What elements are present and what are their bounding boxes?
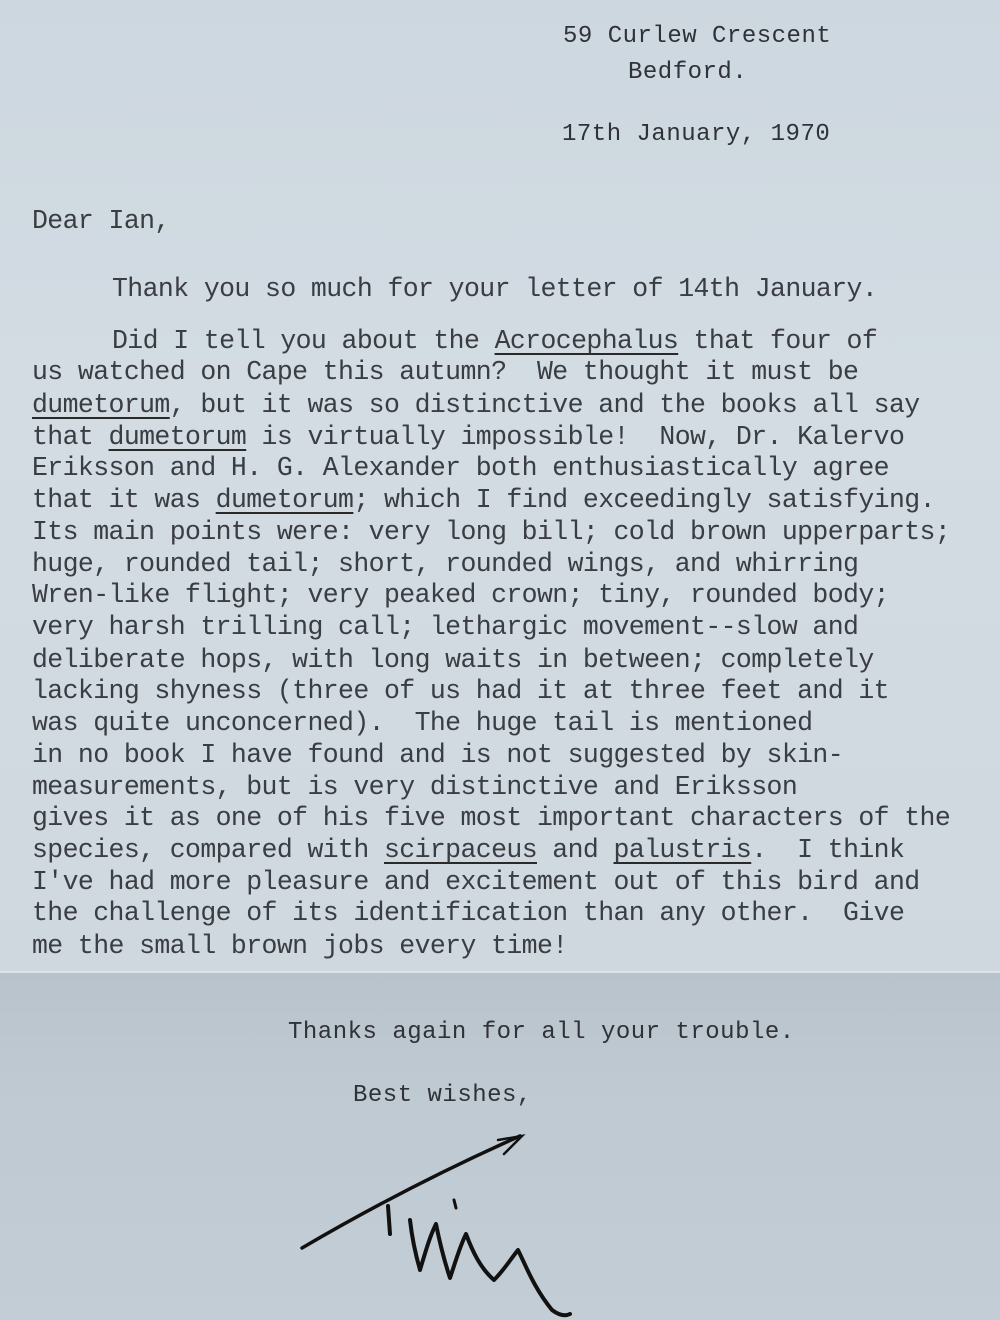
body-line: Did I tell you about the Acrocephalus th… bbox=[112, 326, 877, 356]
body-line: Its main points were: very long bill; co… bbox=[32, 517, 950, 547]
valediction: Best wishes, bbox=[353, 1081, 532, 1111]
body-text: that four of bbox=[678, 326, 877, 356]
body-line: Eriksson and H. G. Alexander both enthus… bbox=[32, 453, 889, 483]
body-line: I've had more pleasure and excitement ou… bbox=[32, 867, 920, 897]
letter-date: 17th January, 1970 bbox=[562, 120, 830, 150]
underlined-species-name: scirpaceus bbox=[384, 835, 537, 865]
underlined-species-name: dumetorum bbox=[216, 485, 354, 515]
body-text: and bbox=[537, 835, 614, 865]
handwritten-signature: Tim bbox=[290, 1110, 620, 1320]
underlined-species-name: dumetorum bbox=[32, 390, 170, 420]
body-text: Did I tell you about the bbox=[112, 326, 495, 356]
body-text: ; which I find exceedingly satisfying. bbox=[353, 485, 935, 515]
body-line: Wren-like flight; very peaked crown; tin… bbox=[32, 580, 889, 610]
body-line: me the small brown jobs every time! bbox=[32, 931, 568, 961]
body-line: deliberate hops, with long waits in betw… bbox=[32, 645, 874, 675]
fold-crease bbox=[0, 971, 1000, 973]
underlined-species-name: Acrocephalus bbox=[495, 326, 679, 356]
body-line: Thank you so much for your letter of 14t… bbox=[112, 274, 877, 304]
underlined-species-name: palustris bbox=[614, 835, 752, 865]
body-text: that bbox=[32, 422, 109, 452]
body-line: measurements, but is very distinctive an… bbox=[32, 772, 797, 802]
body-line: dumetorum, but it was so distinctive and… bbox=[32, 390, 920, 420]
body-line: species, compared with scirpaceus and pa… bbox=[32, 835, 904, 865]
salutation: Dear Ian, bbox=[32, 206, 170, 236]
body-line: lacking shyness (three of us had it at t… bbox=[32, 676, 889, 706]
underlined-species-name: dumetorum bbox=[109, 422, 247, 452]
body-text: that it was bbox=[32, 485, 216, 515]
body-line: that it was dumetorum; which I find exce… bbox=[32, 485, 935, 515]
body-line: was quite unconcerned). The huge tail is… bbox=[32, 708, 812, 738]
body-line: the challenge of its identification than… bbox=[32, 898, 904, 928]
body-text: species, compared with bbox=[32, 835, 384, 865]
body-text: is virtually impossible! Now, Dr. Kalerv… bbox=[246, 422, 904, 452]
closing-line: Thanks again for all your trouble. bbox=[288, 1018, 795, 1048]
body-text: , but it was so distinctive and the book… bbox=[170, 390, 920, 420]
address-line-1: 59 Curlew Crescent bbox=[563, 22, 831, 52]
body-text: . I think bbox=[751, 835, 904, 865]
body-line: in no book I have found and is not sugge… bbox=[32, 740, 843, 770]
body-line: that dumetorum is virtually impossible! … bbox=[32, 422, 904, 452]
body-line: gives it as one of his five most importa… bbox=[32, 803, 950, 833]
body-line: us watched on Cape this autumn? We thoug… bbox=[32, 357, 858, 387]
body-line: huge, rounded tail; short, rounded wings… bbox=[32, 549, 858, 579]
body-line: very harsh trilling call; lethargic move… bbox=[32, 612, 858, 642]
address-line-2: Bedford. bbox=[628, 58, 747, 88]
